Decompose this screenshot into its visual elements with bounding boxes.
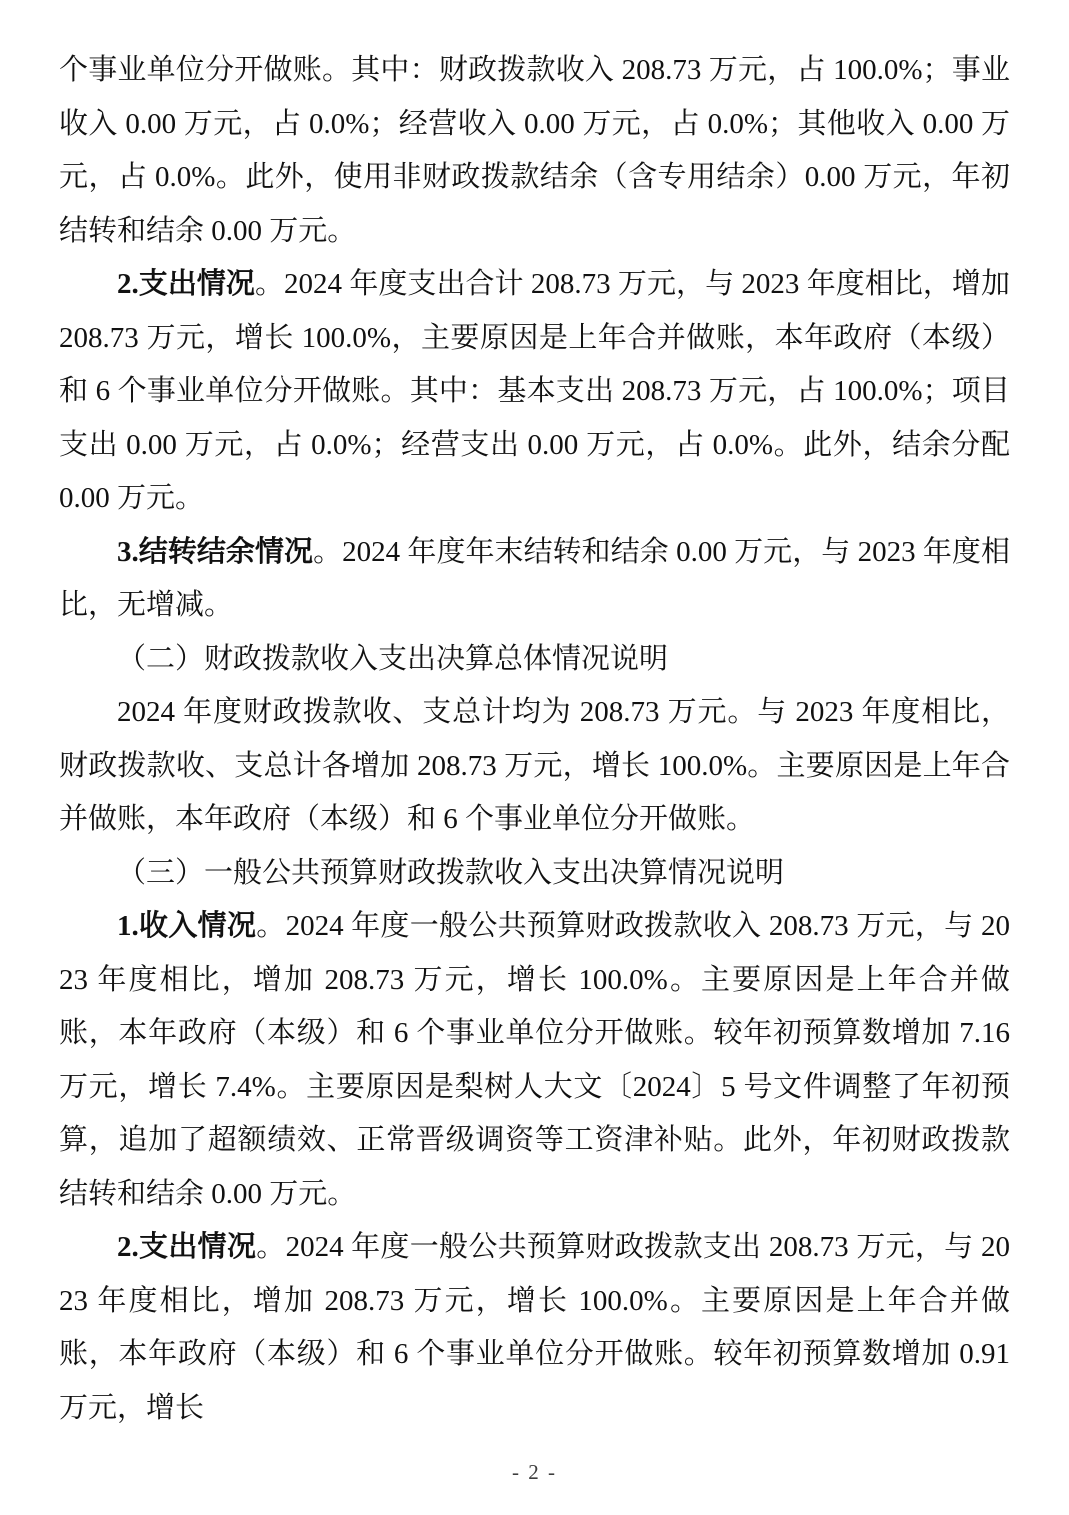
para-fiscal-appropriation-total: 2024 年度财政拨款收、支总计均为 208.73 万元。与 2023 年度相比… bbox=[59, 686, 1010, 847]
run-in-heading: 2.支出情况 bbox=[117, 1231, 256, 1263]
para-income-breakdown-continued: 个事业单位分开做账。其中：财政拨款收入 208.73 万元，占 100.0%；事… bbox=[59, 44, 1010, 258]
heading-text: （三）一般公共预算财政拨款收入支出决算情况说明 bbox=[117, 857, 784, 889]
para-expenditure-overview: 2.支出情况。2024 年度支出合计 208.73 万元，与 2023 年度相比… bbox=[59, 258, 1010, 526]
document-body: 个事业单位分开做账。其中：财政拨款收入 208.73 万元，占 100.0%；事… bbox=[59, 44, 1010, 1435]
heading-text: （二）财政拨款收入支出决算总体情况说明 bbox=[117, 643, 668, 675]
run-in-heading: 1.收入情况 bbox=[117, 910, 256, 942]
page-number: - 2 - bbox=[0, 1460, 1069, 1485]
heading-section-fiscal-appropriation: （二）财政拨款收入支出决算总体情况说明 bbox=[59, 633, 1010, 687]
heading-section-general-public-budget: （三）一般公共预算财政拨款收入支出决算情况说明 bbox=[59, 847, 1010, 901]
para-text: 个事业单位分开做账。其中：财政拨款收入 208.73 万元，占 100.0%；事… bbox=[59, 54, 1010, 247]
run-in-heading: 3.结转结余情况 bbox=[117, 536, 313, 568]
para-carryover-balance: 3.结转结余情况。2024 年度年末结转和结余 0.00 万元，与 2023 年… bbox=[59, 526, 1010, 633]
para-text: 。2024 年度支出合计 208.73 万元，与 2023 年度相比，增加 20… bbox=[59, 268, 1010, 514]
document-page: 个事业单位分开做账。其中：财政拨款收入 208.73 万元，占 100.0%；事… bbox=[0, 0, 1069, 1515]
run-in-heading: 2.支出情况 bbox=[117, 268, 255, 300]
para-general-budget-income: 1.收入情况。2024 年度一般公共预算财政拨款收入 208.73 万元，与 2… bbox=[59, 900, 1010, 1221]
para-text: 。2024 年度一般公共预算财政拨款收入 208.73 万元，与 2023 年度… bbox=[59, 910, 1010, 1210]
para-general-budget-expenditure: 2.支出情况。2024 年度一般公共预算财政拨款支出 208.73 万元，与 2… bbox=[59, 1221, 1010, 1435]
para-text: 2024 年度财政拨款收、支总计均为 208.73 万元。与 2023 年度相比… bbox=[59, 696, 1010, 835]
